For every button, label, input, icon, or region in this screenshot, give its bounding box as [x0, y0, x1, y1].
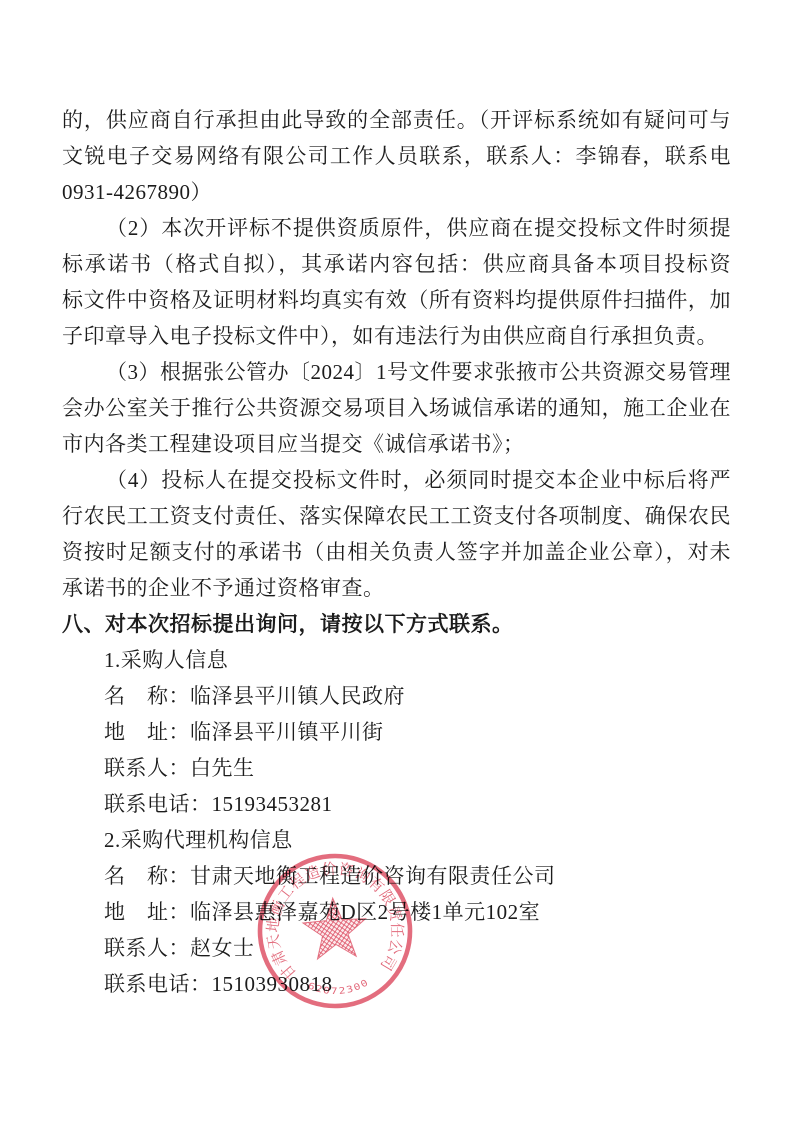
body-text-line: 的，供应商自行承担由此导致的全部责任。（开评标系统如有疑问可与甘肃	[62, 102, 731, 138]
body-text-line: 会办公室关于推行公共资源交易项目入场诚信承诺的通知，施工企业在参加	[62, 390, 731, 426]
purchaser-phone-line: 联系电话：15193453281	[62, 786, 731, 822]
section-heading: 八、对本次招标提出询问，请按以下方式联系。	[62, 606, 731, 642]
body-text-line: 市内各类工程建设项目应当提交《诚信承诺书》；	[62, 426, 731, 462]
paragraph-item-3: （3）根据张公管办〔2024〕1号文件要求张掖市公共资源交易管理委员 会办公室关…	[62, 354, 731, 462]
purchaser-info-block: 1.采购人信息 名 称：临泽县平川镇人民政府 地 址：临泽县平川镇平川街 联系人…	[62, 642, 731, 822]
body-text-line: 行农民工工资支付责任、落实保障农民工工资支付各项制度、确保农民工工	[62, 498, 731, 534]
field-value: 临泽县平川镇平川街	[190, 720, 384, 744]
body-text-line: 子印章导入电子投标文件中），如有违法行为由供应商自行承担负责。	[62, 318, 731, 354]
field-label: 名 称：	[104, 864, 190, 888]
field-value: 赵女士	[190, 936, 255, 960]
field-value: 白先生	[190, 756, 255, 780]
field-label: 联系人：	[104, 936, 190, 960]
body-text-line: （4）投标人在提交投标文件时，必须同时提交本企业中标后将严格履	[62, 462, 731, 498]
field-label: 联系电话：	[104, 792, 212, 816]
field-value: 15193453281	[212, 792, 333, 816]
field-label: 联系电话：	[104, 972, 212, 996]
body-text-line: （2）本次开评标不提供资质原件，供应商在提交投标文件时须提交投	[62, 210, 731, 246]
purchaser-title: 1.采购人信息	[62, 642, 731, 678]
field-label: 地 址：	[104, 900, 190, 924]
paragraph-continuation: 的，供应商自行承担由此导致的全部责任。（开评标系统如有疑问可与甘肃 文锐电子交易…	[62, 102, 731, 210]
purchaser-name-line: 名 称：临泽县平川镇人民政府	[62, 678, 731, 714]
body-text-line: （3）根据张公管办〔2024〕1号文件要求张掖市公共资源交易管理委员	[62, 354, 731, 390]
body-text-line: 资按时足额支付的承诺书（由相关负责人签字并加盖企业公章），对未提供	[62, 534, 731, 570]
company-seal: 甘肃天地衡工程造价咨询有限责任公司 6207230002798	[253, 849, 417, 1013]
seal-star-icon	[301, 896, 368, 960]
body-text-line: 标承诺书（格式自拟），其承诺内容包括：供应商具备本项目投标资格，投	[62, 246, 731, 282]
field-value: 临泽县平川镇人民政府	[190, 684, 405, 708]
body-text-line: 文锐电子交易网络有限公司工作人员联系，联系人：李锦春，联系电话：	[62, 138, 731, 174]
document-page: 的，供应商自行承担由此导致的全部责任。（开评标系统如有疑问可与甘肃 文锐电子交易…	[0, 0, 793, 1122]
field-label: 联系人：	[104, 756, 190, 780]
purchaser-contact-line: 联系人：白先生	[62, 750, 731, 786]
field-label: 名 称：	[104, 684, 190, 708]
paragraph-item-4: （4）投标人在提交投标文件时，必须同时提交本企业中标后将严格履 行农民工工资支付…	[62, 462, 731, 606]
purchaser-address-line: 地 址：临泽县平川镇平川街	[62, 714, 731, 750]
body-text-line: 0931-4267890）	[62, 174, 731, 210]
paragraph-item-2: （2）本次开评标不提供资质原件，供应商在提交投标文件时须提交投 标承诺书（格式自…	[62, 210, 731, 354]
body-text-line: 标文件中资格及证明材料均真实有效（所有资料均提供原件扫描件，加盖电	[62, 282, 731, 318]
body-text-line: 承诺书的企业不予通过资格审查。	[62, 570, 731, 606]
field-label: 地 址：	[104, 720, 190, 744]
